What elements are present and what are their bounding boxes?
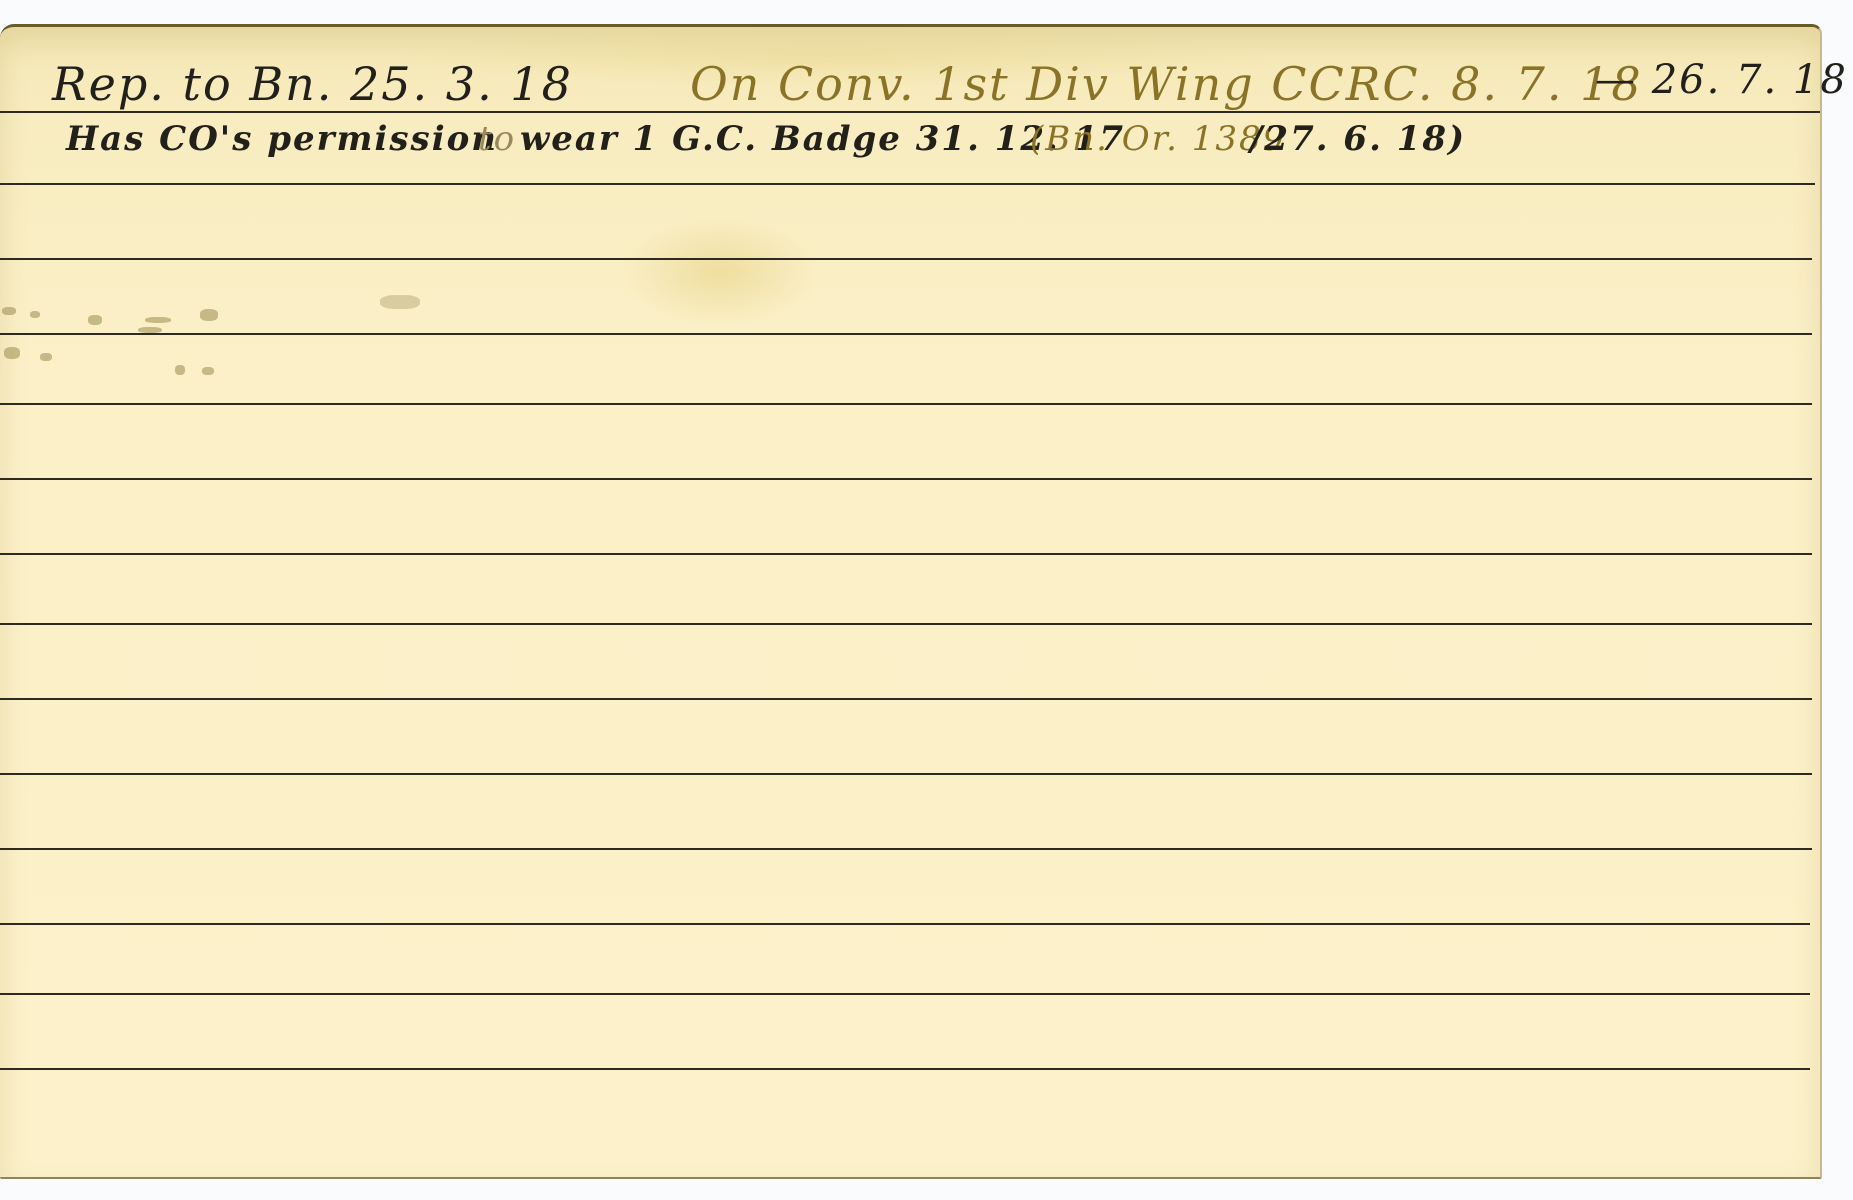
ink-smudge <box>202 367 214 375</box>
handwritten-entry-order-date: /27. 6. 18) <box>1250 119 1466 159</box>
ruled-line <box>0 333 1812 335</box>
handwritten-entry-to: to <box>478 119 516 159</box>
ink-smudge <box>30 311 40 318</box>
ruled-line <box>0 553 1812 555</box>
handwritten-entry-bn-order: (Bn. Or. 1389 <box>1030 119 1286 159</box>
ruled-line <box>0 403 1812 405</box>
ink-smudge <box>138 327 162 333</box>
ink-smudge <box>88 315 102 325</box>
handwritten-entry-rep-to-bn: Rep. to Bn. 25. 3. 18 <box>52 57 573 111</box>
ink-smudge <box>4 347 20 359</box>
ink-smudge <box>145 317 171 323</box>
age-stain <box>620 217 820 327</box>
handwritten-entry-has-permission: Has CO's permission <box>66 119 498 159</box>
ruled-line <box>0 183 1815 185</box>
ruled-line <box>0 111 1820 113</box>
ink-smudge <box>200 309 218 321</box>
handwritten-entry-on-conv: On Conv. 1st Div Wing CCRC. 8. 7. 18 <box>690 57 1643 111</box>
ruled-line <box>0 773 1812 775</box>
ruled-line <box>0 623 1812 625</box>
ruled-line <box>0 1068 1810 1070</box>
ruled-line <box>0 923 1810 925</box>
ink-smudge <box>380 295 420 309</box>
ink-smudge <box>175 365 185 375</box>
ruled-line <box>0 848 1812 850</box>
ruled-line <box>0 258 1812 260</box>
ruled-line <box>0 478 1812 480</box>
handwritten-entry-end-date: — 26. 7. 18 <box>1595 57 1848 103</box>
index-card: Rep. to Bn. 25. 3. 18 On Conv. 1st Div W… <box>0 24 1822 1179</box>
ruled-line <box>0 993 1810 995</box>
ink-smudge <box>2 307 16 315</box>
ink-smudge <box>40 353 52 361</box>
ruled-line <box>0 698 1812 700</box>
